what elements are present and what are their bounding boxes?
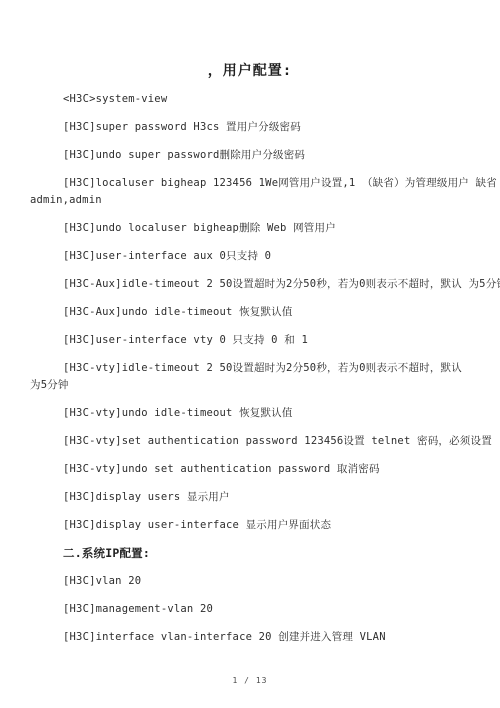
paragraph: [H3C]user-interface aux 0只支持 0 (30, 248, 492, 265)
text-line: [H3C-vty]idle-timeout 2 50设置超时为2分50秒，若为0… (30, 360, 492, 377)
text-line: [H3C]interface vlan-interface 20 创建并进入管理… (30, 629, 492, 646)
paragraph: [H3C-Aux]idle-timeout 2 50设置超时为2分50秒，若为0… (30, 276, 492, 293)
text-line: [H3C-vty]undo set authentication passwor… (30, 461, 492, 478)
paragraph: [H3C-vty]undo idle-timeout 恢复默认值 (30, 405, 492, 422)
text-line: 二.系统IP配置: (30, 545, 492, 562)
page-number: 1 / 13 (0, 676, 500, 685)
text-line: 为5分钟 (30, 377, 492, 394)
paragraph: [H3C]undo super password删除用户分级密码 (30, 147, 492, 164)
text-line: [H3C]vlan 20 (30, 573, 492, 590)
paragraph: [H3C]display user-interface 显示用户界面状态 (30, 517, 492, 534)
document-page: ，用户配置: <H3C>system-view[H3C]super passwo… (0, 0, 500, 708)
paragraph: <H3C>system-view (30, 91, 492, 108)
text-line: [H3C]super password H3cs 置用户分级密码 (30, 119, 492, 136)
section-heading: 二.系统IP配置: (30, 545, 492, 562)
document-body: <H3C>system-view[H3C]super password H3cs… (0, 91, 500, 646)
text-line: [H3C]undo super password删除用户分级密码 (30, 147, 492, 164)
text-line: [H3C]undo localuser bigheap删除 Web 网管用户 (30, 220, 492, 237)
text-line: <H3C>system-view (30, 91, 492, 108)
text-line: [H3C]user-interface vty 0 只支持 0 和 1 (30, 332, 492, 349)
paragraph: [H3C-vty]undo set authentication passwor… (30, 461, 492, 478)
paragraph: [H3C-Aux]undo idle-timeout 恢复默认值 (30, 304, 492, 321)
paragraph: [H3C]display users 显示用户 (30, 489, 492, 506)
paragraph: [H3C]vlan 20 (30, 573, 492, 590)
paragraph: [H3C]undo localuser bigheap删除 Web 网管用户 (30, 220, 492, 237)
text-line: [H3C-Aux]idle-timeout 2 50设置超时为2分50秒，若为0… (30, 276, 492, 293)
text-line: admin,admin (30, 192, 492, 209)
paragraph: [H3C]interface vlan-interface 20 创建并进入管理… (30, 629, 492, 646)
paragraph: [H3C]management-vlan 20 (30, 601, 492, 618)
text-line: [H3C]display user-interface 显示用户界面状态 (30, 517, 492, 534)
text-line: [H3C]user-interface aux 0只支持 0 (30, 248, 492, 265)
paragraph: [H3C]localuser bigheap 123456 1We网管用户设置,… (30, 175, 492, 209)
text-line: [H3C]management-vlan 20 (30, 601, 492, 618)
paragraph: [H3C-vty]idle-timeout 2 50设置超时为2分50秒，若为0… (30, 360, 492, 394)
text-line: [H3C]localuser bigheap 123456 1We网管用户设置,… (30, 175, 492, 192)
paragraph: [H3C-vty]set authentication password 123… (30, 433, 492, 450)
text-line: [H3C-Aux]undo idle-timeout 恢复默认值 (30, 304, 492, 321)
text-line: [H3C-vty]set authentication password 123… (30, 433, 492, 450)
text-line: [H3C]display users 显示用户 (30, 489, 492, 506)
page-title: ，用户配置: (0, 0, 500, 81)
text-line: [H3C-vty]undo idle-timeout 恢复默认值 (30, 405, 492, 422)
paragraph: [H3C]user-interface vty 0 只支持 0 和 1 (30, 332, 492, 349)
paragraph: [H3C]super password H3cs 置用户分级密码 (30, 119, 492, 136)
